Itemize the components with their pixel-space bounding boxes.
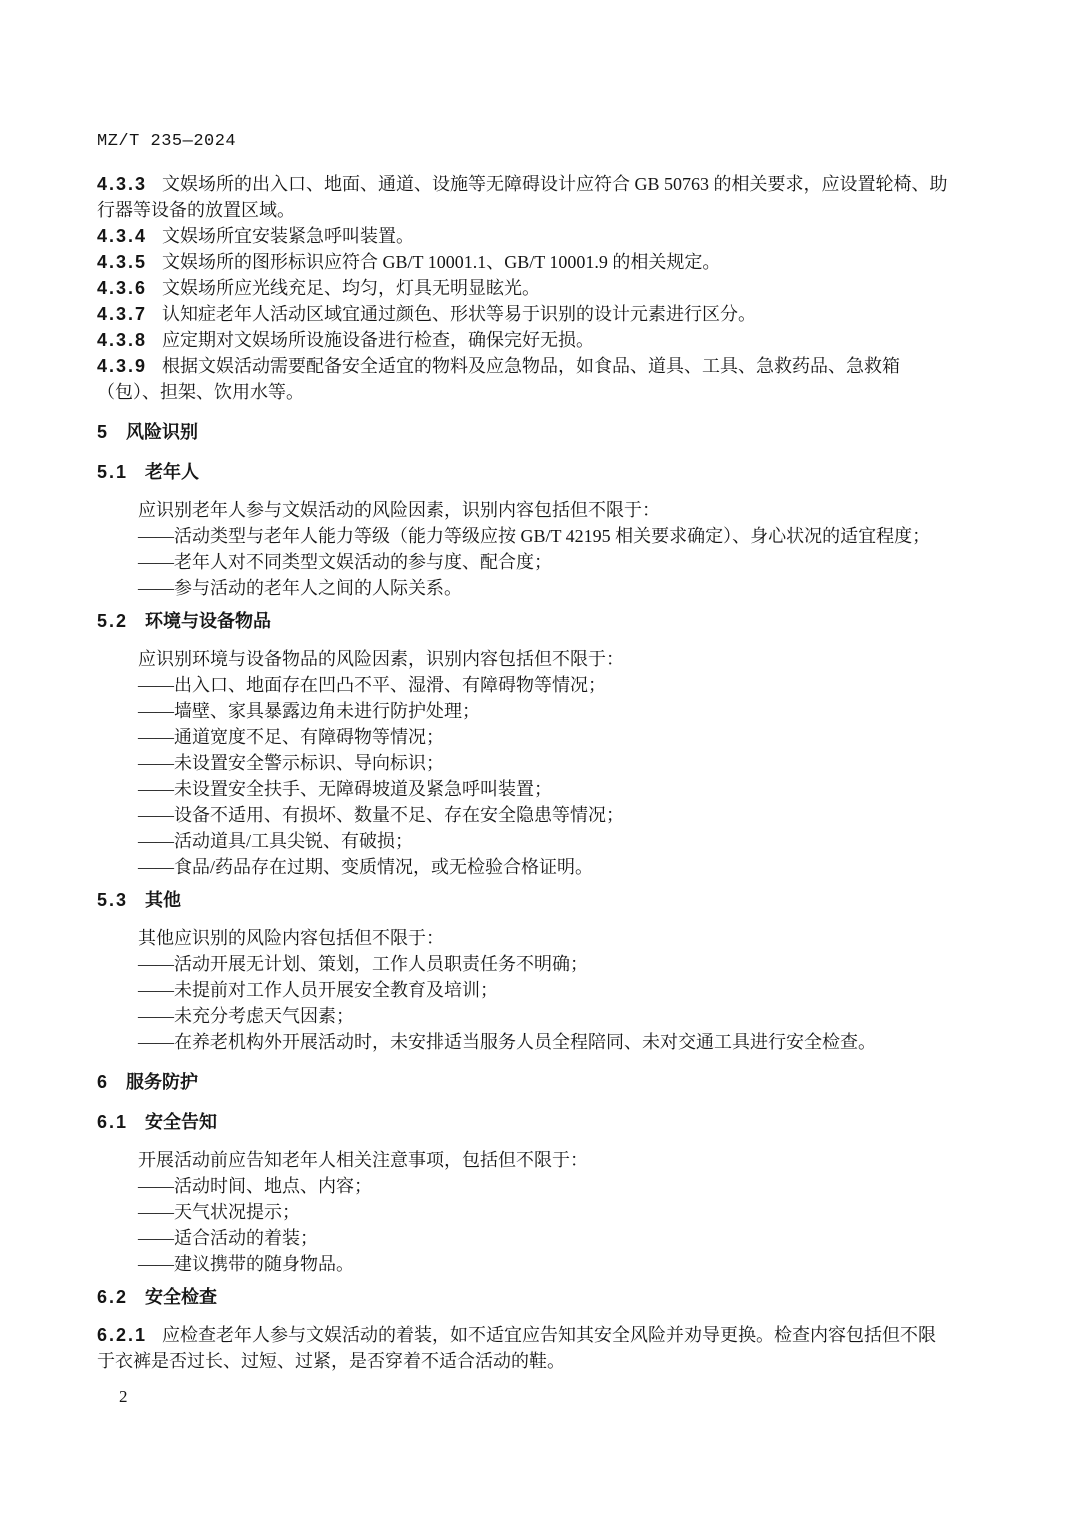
subsection-number: 5.2 — [97, 611, 128, 631]
clause-block-4-3: 4.3.3文娱场所的出入口、地面、通道、设施等无障碍设计应符合 GB 50763… — [97, 171, 954, 405]
section-heading-5: 5风险识别 — [97, 419, 954, 445]
subsection-title: 环境与设备物品 — [145, 611, 271, 631]
dash-list-item: ——活动类型与老年人能力等级（能力等级应按 GB/T 42195 相关要求确定）… — [97, 523, 954, 549]
subsection-title: 安全检查 — [145, 1287, 217, 1307]
dash-list-item: ——未充分考虑天气因素； — [97, 1003, 954, 1029]
document-page: MZ/T 235—2024 4.3.3文娱场所的出入口、地面、通道、设施等无障碍… — [0, 0, 1074, 1520]
dash-list-item: ——参与活动的老年人之间的人际关系。 — [97, 575, 954, 601]
doc-code-header: MZ/T 235—2024 — [97, 131, 954, 153]
clause-number: 4.3.7 — [97, 304, 147, 324]
clause-number: 6.2.1 — [97, 1325, 147, 1345]
dash-list-item: ——活动开展无计划、策划，工作人员职责任务不明确； — [97, 951, 954, 977]
dash-list-item: ——未设置安全扶手、无障碍坡道及紧急呼叫装置； — [97, 776, 954, 802]
section-number: 5 — [97, 422, 109, 442]
clause-paragraph: 4.3.4文娱场所宜安装紧急呼叫装置。 — [97, 223, 954, 249]
clause-paragraph: 4.3.7认知症老年人活动区域宜通过颜色、形状等易于识别的设计元素进行区分。 — [97, 301, 954, 327]
clause-paragraph: 4.3.9根据文娱活动需要配备安全适宜的物料及应急物品，如食品、道具、工具、急救… — [97, 353, 954, 405]
dash-list-item: ——通道宽度不足、有障碍物等情况； — [97, 724, 954, 750]
clause-number: 4.3.5 — [97, 252, 147, 272]
section-number: 6 — [97, 1072, 109, 1092]
clause-paragraph: 4.3.8应定期对文娱场所设施设备进行检查，确保完好无损。 — [97, 327, 954, 353]
clause-text: 文娱场所的图形标识应符合 GB/T 10001.1、GB/T 10001.9 的… — [162, 252, 720, 272]
clause-number: 4.3.4 — [97, 226, 147, 246]
subsection-number: 6.1 — [97, 1112, 128, 1132]
subsection-heading-6-2: 6.2安全检查 — [97, 1284, 954, 1310]
clause-text: 文娱场所宜安装紧急呼叫装置。 — [162, 226, 414, 246]
subsection-number: 6.2 — [97, 1287, 128, 1307]
clause-text: 根据文娱活动需要配备安全适宜的物料及应急物品，如食品、道具、工具、急救药品、急救… — [97, 356, 900, 402]
intro-paragraph: 开展活动前应告知老年人相关注意事项，包括但不限于： — [97, 1147, 954, 1173]
dash-list-item: ——适合活动的着装； — [97, 1225, 954, 1251]
subsection-number: 5.3 — [97, 890, 128, 910]
intro-paragraph: 其他应识别的风险内容包括但不限于： — [97, 925, 954, 951]
clause-number: 4.3.3 — [97, 174, 147, 194]
subsection-heading-5-2: 5.2环境与设备物品 — [97, 608, 954, 634]
intro-paragraph: 应识别环境与设备物品的风险因素，识别内容包括但不限于： — [97, 646, 954, 672]
clause-text: 应检查老年人参与文娱活动的着装，如不适宜应告知其安全风险并劝导更换。检查内容包括… — [97, 1325, 936, 1371]
subsection-number: 5.1 — [97, 462, 128, 482]
clause-number: 4.3.6 — [97, 278, 147, 298]
clause-paragraph: 4.3.6文娱场所应光线充足、均匀，灯具无明显眩光。 — [97, 275, 954, 301]
clause-paragraph: 6.2.1应检查老年人参与文娱活动的着装，如不适宜应告知其安全风险并劝导更换。检… — [97, 1322, 954, 1374]
dash-list-item: ——建议携带的随身物品。 — [97, 1251, 954, 1277]
dash-list-item: ——设备不适用、有损坏、数量不足、存在安全隐患等情况； — [97, 802, 954, 828]
dash-list-item: ——老年人对不同类型文娱活动的参与度、配合度； — [97, 549, 954, 575]
dash-list-item: ——活动道具/工具尖锐、有破损； — [97, 828, 954, 854]
intro-paragraph: 应识别老年人参与文娱活动的风险因素，识别内容包括但不限于： — [97, 497, 954, 523]
clause-paragraph: 4.3.3文娱场所的出入口、地面、通道、设施等无障碍设计应符合 GB 50763… — [97, 171, 954, 223]
clause-text: 文娱场所应光线充足、均匀，灯具无明显眩光。 — [162, 278, 540, 298]
section-title: 风险识别 — [126, 422, 198, 442]
dash-list-item: ——天气状况提示； — [97, 1199, 954, 1225]
clause-text: 认知症老年人活动区域宜通过颜色、形状等易于识别的设计元素进行区分。 — [162, 304, 756, 324]
section-title: 服务防护 — [126, 1072, 198, 1092]
page-number: 2 — [97, 1384, 954, 1410]
clause-number: 4.3.9 — [97, 356, 147, 376]
dash-list-item: ——在养老机构外开展活动时，未安排适当服务人员全程陪同、未对交通工具进行安全检查… — [97, 1029, 954, 1055]
dash-list-item: ——未提前对工作人员开展安全教育及培训； — [97, 977, 954, 1003]
section-heading-6: 6服务防护 — [97, 1069, 954, 1095]
subsection-heading-5-3: 5.3其他 — [97, 887, 954, 913]
subsection-title: 安全告知 — [145, 1112, 217, 1132]
subsection-heading-5-1: 5.1老年人 — [97, 459, 954, 485]
subsection-title: 老年人 — [145, 462, 199, 482]
clause-number: 4.3.8 — [97, 330, 147, 350]
dash-list-item: ——出入口、地面存在凹凸不平、湿滑、有障碍物等情况； — [97, 672, 954, 698]
dash-list-item: ——活动时间、地点、内容； — [97, 1173, 954, 1199]
dash-list-item: ——食品/药品存在过期、变质情况，或无检验合格证明。 — [97, 854, 954, 880]
clause-text: 应定期对文娱场所设施设备进行检查，确保完好无损。 — [162, 330, 594, 350]
dash-list-item: ——墙壁、家具暴露边角未进行防护处理； — [97, 698, 954, 724]
dash-list-item: ——未设置安全警示标识、导向标识； — [97, 750, 954, 776]
clause-paragraph: 4.3.5文娱场所的图形标识应符合 GB/T 10001.1、GB/T 1000… — [97, 249, 954, 275]
subsection-heading-6-1: 6.1安全告知 — [97, 1109, 954, 1135]
subsection-title: 其他 — [145, 890, 181, 910]
clause-text: 文娱场所的出入口、地面、通道、设施等无障碍设计应符合 GB 50763 的相关要… — [97, 174, 948, 220]
